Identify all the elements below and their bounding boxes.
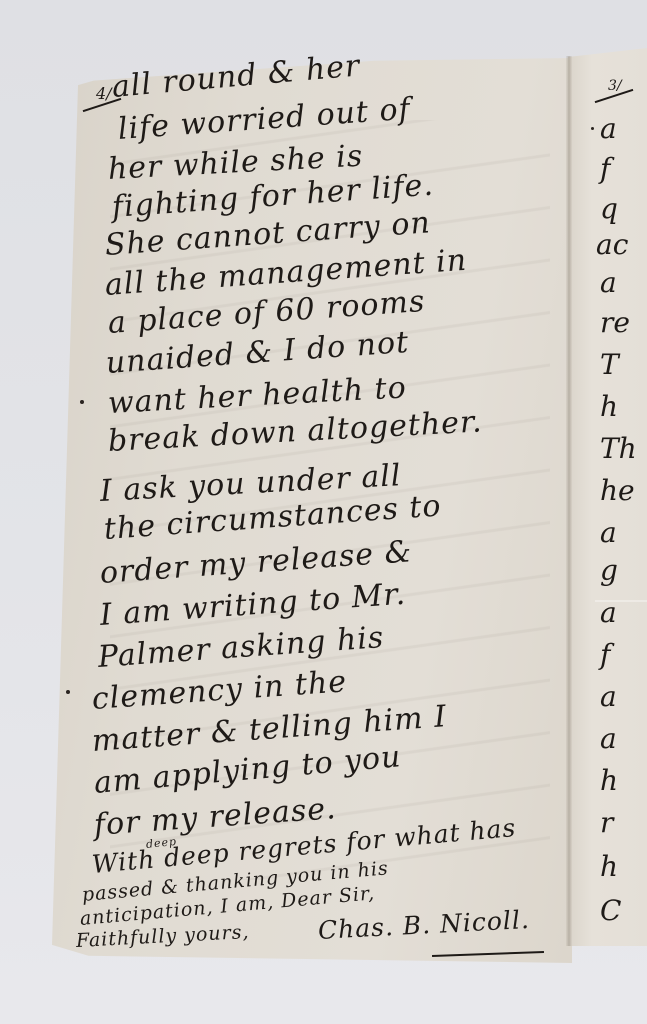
right-line-fragment: Th xyxy=(600,432,637,465)
right-line-fragment: he xyxy=(600,474,635,507)
right-line-fragment: h xyxy=(600,390,618,423)
letter-photo: 4/ all round & her life worried out of h… xyxy=(0,0,647,1024)
right-line-fragment: T xyxy=(600,348,619,381)
page-number-right: 3/ xyxy=(608,78,622,94)
right-line-fragment: h xyxy=(600,764,618,797)
right-line-fragment: a xyxy=(600,266,617,299)
margin-mark xyxy=(66,690,70,694)
right-line-fragment: C xyxy=(600,894,621,927)
right-line-fragment: re xyxy=(600,306,630,339)
right-line-fragment: g xyxy=(600,554,618,587)
page-number-left: 4/ xyxy=(96,84,112,103)
right-line-fragment: a xyxy=(600,722,617,755)
right-line-fragment: h xyxy=(600,850,618,883)
right-line-fragment: ac xyxy=(596,228,628,261)
right-line-fragment: r xyxy=(600,806,613,839)
margin-mark xyxy=(591,127,594,130)
right-line-fragment: a xyxy=(600,596,617,629)
right-line-fragment: a xyxy=(600,112,617,145)
right-line-fragment: a xyxy=(600,680,617,713)
right-line-fragment: a xyxy=(600,516,617,549)
right-line-fragment: f xyxy=(600,638,610,671)
page-fold-gutter xyxy=(566,56,572,946)
margin-mark xyxy=(80,400,84,404)
right-line-fragment: q xyxy=(600,192,618,225)
right-line-fragment: f xyxy=(600,152,610,185)
